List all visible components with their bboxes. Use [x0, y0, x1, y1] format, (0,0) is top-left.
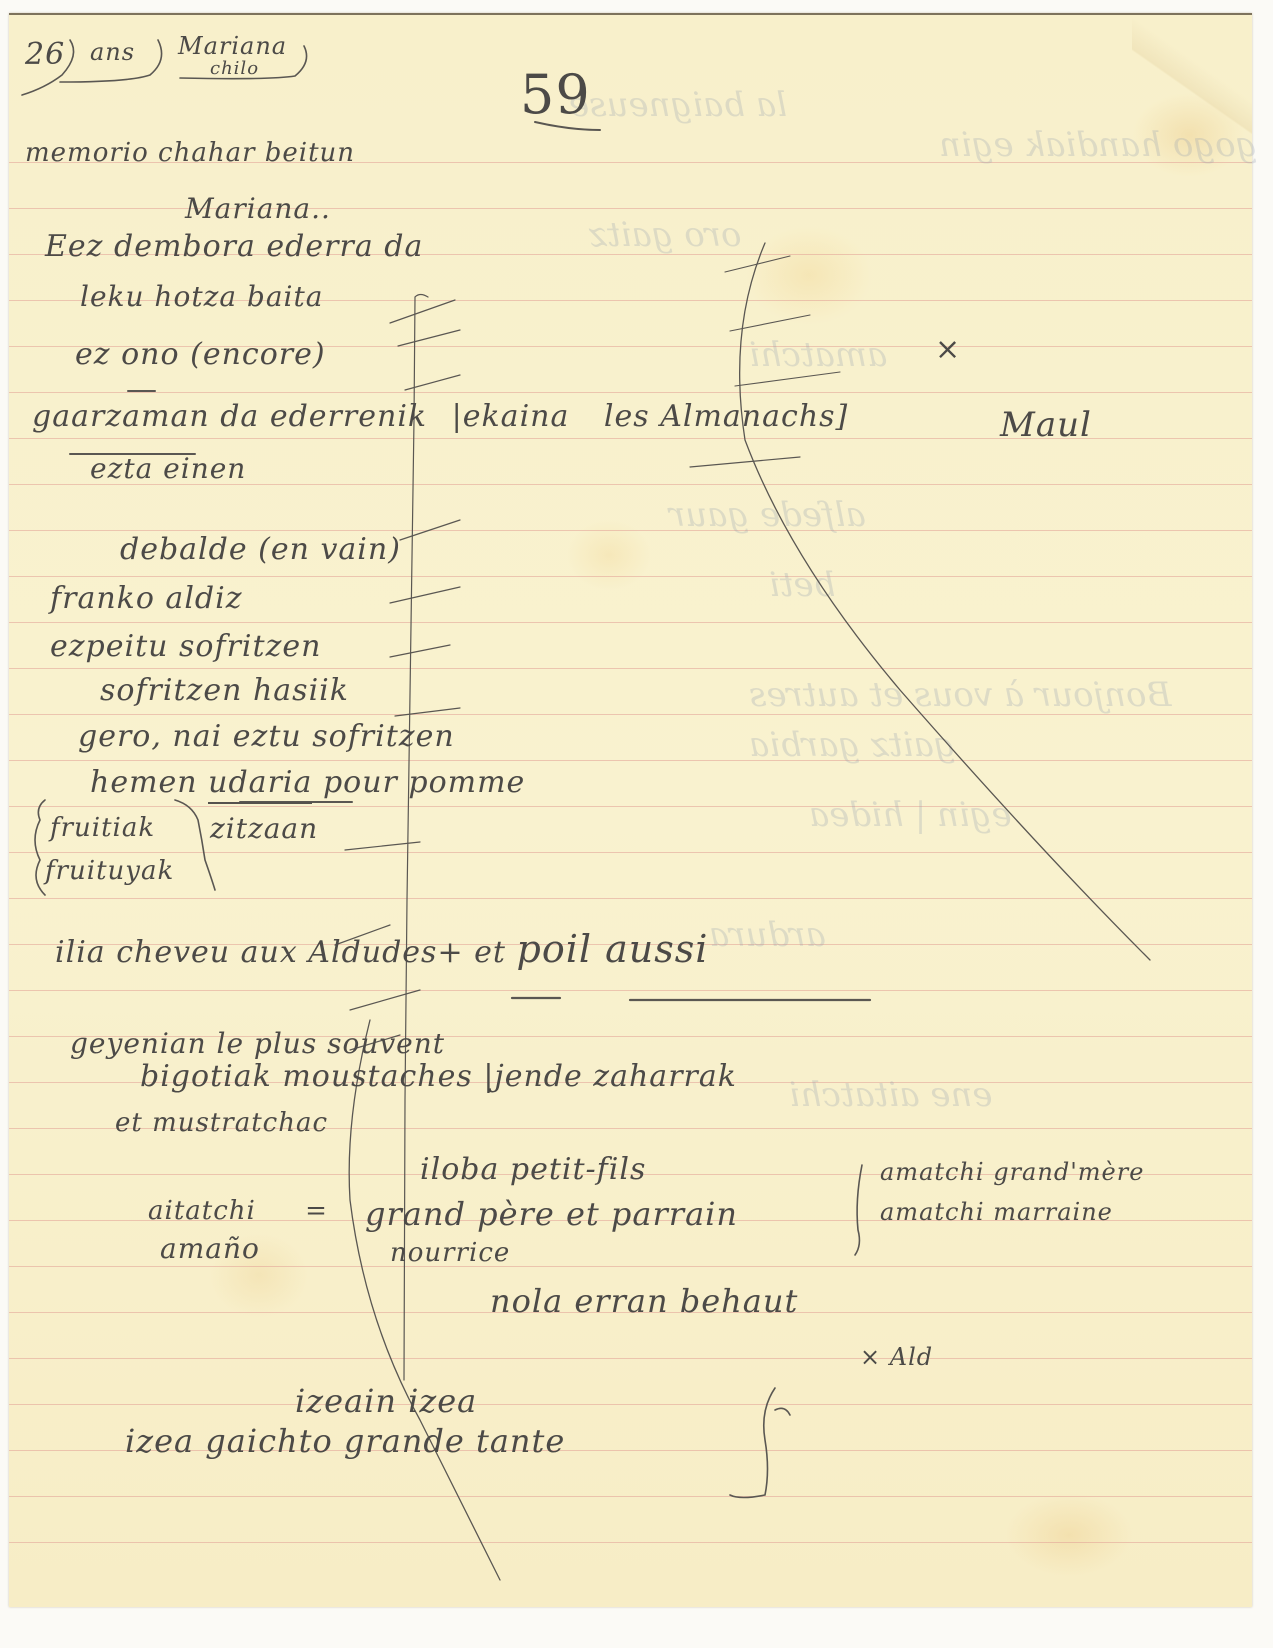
underlined-word: ono [121, 337, 179, 372]
line-nourrice: nourrice [390, 1240, 510, 1266]
ruled-line [9, 392, 1252, 393]
line-memorio: memorio chahar beitun [25, 140, 355, 166]
ruled-line [9, 990, 1252, 991]
gloss: pour pomme [323, 765, 525, 800]
note: |ekaina [452, 399, 570, 434]
bleed-through-text: la baigneuse [569, 85, 787, 125]
line-amano: amaño [160, 1235, 260, 1263]
maul-note: Maul [1000, 408, 1092, 442]
ruled-line [9, 1404, 1252, 1405]
line-gero: gero, nai eztu sofritzen [78, 722, 455, 752]
folded-corner [1132, 15, 1252, 145]
bracket-line-marraine: amatchi marraine [880, 1200, 1113, 1224]
ruled-line [9, 1358, 1252, 1359]
line-nola: nola erran behaut [490, 1285, 798, 1317]
line-fruitiak: fruitiak [50, 815, 155, 841]
age-number: 26 [25, 40, 65, 70]
almanachs: Almanachs [660, 399, 835, 434]
line-mustratchac: et mustratchac [115, 1110, 328, 1136]
page-number: 59 [520, 68, 591, 122]
bleed-through-text: gogo handiak egin [939, 125, 1257, 165]
ruled-line [9, 714, 1252, 715]
informant-surname: chilo [210, 60, 259, 78]
cross-mark: × [935, 335, 961, 365]
line-aitatchi: aitatchi = [148, 1198, 328, 1224]
age-unit: ans [90, 40, 135, 64]
line-sofritzen-hasiik: sofritzen hasiik [100, 676, 349, 706]
bleed-through-text: ene aitatchi [789, 1075, 993, 1115]
ruled-line [9, 622, 1252, 623]
line-ilia: ilia cheveu aux Aldudes+ et poil aussi [55, 930, 708, 968]
ruled-line [9, 576, 1252, 577]
line-grand-pere: grand père et parrain [365, 1198, 738, 1230]
bleed-through-text: ardura [709, 915, 826, 955]
bleed-through-text: Bonjour à vous et autres [749, 675, 1171, 715]
line-izeain: izeain izea [295, 1385, 477, 1417]
line-iloba: iloba petit-fils [420, 1155, 646, 1185]
underlined-word: udaria [208, 765, 312, 804]
bleed-through-text: alfede gaur [669, 495, 866, 535]
bleed-through-text: egin | hidea [809, 795, 1012, 835]
ruled-line [9, 1496, 1252, 1497]
line-mariana: Mariana.. [185, 195, 331, 223]
line-dembora: Eez dembora ederra da [45, 232, 423, 262]
ruled-line [9, 530, 1252, 531]
bracket-line-grandmere: amatchi grand'mère [880, 1160, 1144, 1184]
line-geyenian: geyenian le plus souvent [70, 1030, 445, 1058]
line-ezta: ezta einen [90, 455, 246, 483]
ald-mark: × Ald [860, 1345, 933, 1369]
gloss: (en vain) [258, 532, 401, 567]
ruled-line [9, 806, 1252, 807]
line-ez-ono: ez ono (encore) [75, 340, 326, 370]
underlined-phrase: poil aussi [517, 927, 709, 971]
line-debalde: debalde (en vain) [120, 535, 401, 565]
bleed-through-text: gaitz garbia [749, 725, 956, 765]
ruled-line [9, 1542, 1252, 1543]
ruled-line [9, 1266, 1252, 1267]
line-ezpeitu: ezpeitu sofritzen [50, 632, 321, 662]
ruled-line [9, 668, 1252, 669]
note: |jende zaharrak [483, 1059, 737, 1094]
line-bigotiak: bigotiak moustaches |jende zaharrak [140, 1062, 737, 1092]
line-fruituyak: fruituyak [45, 858, 174, 884]
informant-name: Mariana [178, 34, 287, 58]
ruled-line [9, 898, 1252, 899]
line-zitzaan: zitzaan [210, 815, 318, 843]
line-udaria: hemen udaria pour pomme [90, 768, 525, 798]
ruled-line [9, 852, 1252, 853]
gloss: (encore) [190, 337, 325, 372]
bleed-through-text: beti [769, 565, 835, 605]
line-franko: franko aldiz [50, 584, 243, 614]
plus-mark: + [437, 935, 463, 970]
line-izea-gaichto: izea gaichto grande tante [125, 1425, 565, 1457]
bleed-through-text: amatchi [749, 335, 887, 375]
ruled-line [9, 760, 1252, 761]
bleed-through-text: oro gaitz [589, 215, 742, 255]
line-gaarzaman: gaarzaman da ederrenik |ekaina les Alman… [32, 402, 848, 432]
line-leku: leku hotza baita [80, 283, 323, 311]
